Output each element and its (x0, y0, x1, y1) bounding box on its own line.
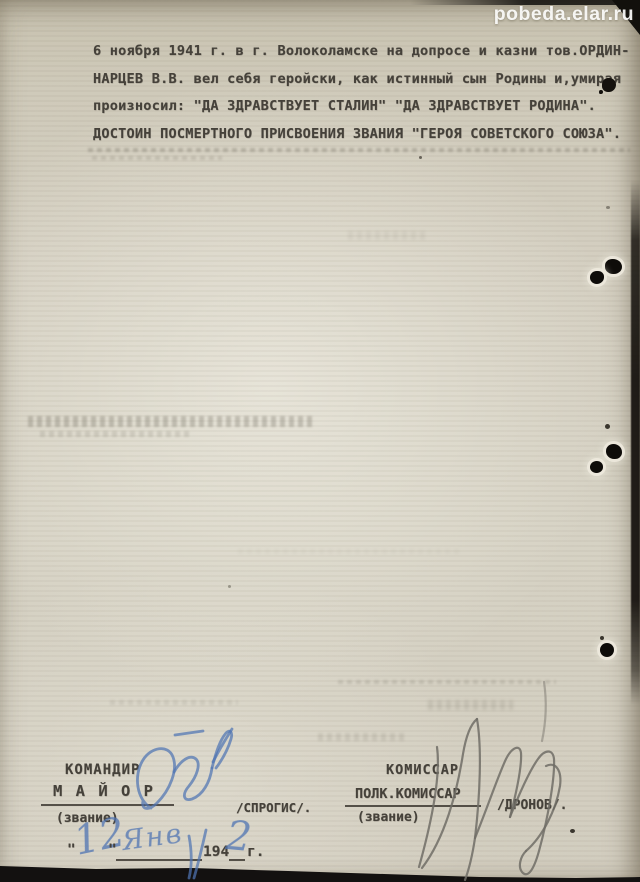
right-signer-role: КОМИССАР (386, 762, 459, 778)
paragraph-line: 6 ноября 1941 г. в г. Волоколамске на до… (93, 38, 630, 66)
punch-hole (605, 259, 622, 274)
scan-edge-right (631, 180, 640, 705)
right-signer-rank: ПОЛК.КОМИССАР (345, 786, 481, 807)
left-signer-rank: М А Й О Р (41, 782, 174, 806)
paragraph-line: произносил: "ДА ЗДРАВСТВУЕТ СТАЛИН" "ДА … (93, 93, 630, 121)
ink-blot (599, 90, 603, 94)
right-signer-name: /ДРОНОВ/. (497, 798, 567, 813)
punch-hole (590, 461, 603, 473)
paragraph-line: НАРЦЕВ В.В. вел себя геройски, как истин… (93, 66, 630, 94)
ghost-text-smudge (428, 700, 513, 710)
watermark: pobeda.elar.ru (494, 3, 634, 26)
ghost-text-smudge (238, 549, 463, 554)
ink-blot (602, 78, 616, 92)
date-year-suffix: г. (247, 844, 264, 860)
punch-hole (590, 271, 604, 284)
paper-speck (419, 156, 422, 159)
right-rank-caption: (звание) (357, 810, 420, 825)
typed-paragraph: 6 ноября 1941 г. в г. Волоколамске на до… (93, 38, 630, 148)
paper-speck (606, 206, 610, 209)
left-signer-name: /СПРОГИС/. (236, 800, 311, 815)
scanned-document-page: pobeda.elar.ru 6 ноября 1941 г. в г. Вол… (0, 0, 640, 882)
paper-speck (600, 636, 604, 640)
paragraph-line: ДОСТОИН ПОСМЕРТНОГО ПРИСВОЕНИЯ ЗВАНИЯ "Г… (93, 121, 630, 149)
punch-hole (606, 444, 622, 459)
paper-speck (605, 424, 610, 429)
paper-speck (570, 829, 575, 833)
dronov-pencil-signature (419, 682, 560, 880)
ghost-text-smudge (110, 700, 238, 705)
ghost-text-smudge (92, 156, 222, 160)
ghost-text-smudge (318, 733, 406, 741)
ghost-text-smudge (338, 680, 556, 684)
scan-edge-bottom (0, 862, 640, 882)
punch-hole (600, 643, 614, 657)
ghost-text-smudge (40, 431, 190, 437)
ghost-text-smudge (348, 231, 426, 240)
left-signer-role: КОМАНДИР (65, 762, 140, 778)
paper-speck (228, 585, 231, 588)
ghost-text-smudge (28, 416, 316, 427)
ghost-text-smudge (88, 148, 630, 152)
